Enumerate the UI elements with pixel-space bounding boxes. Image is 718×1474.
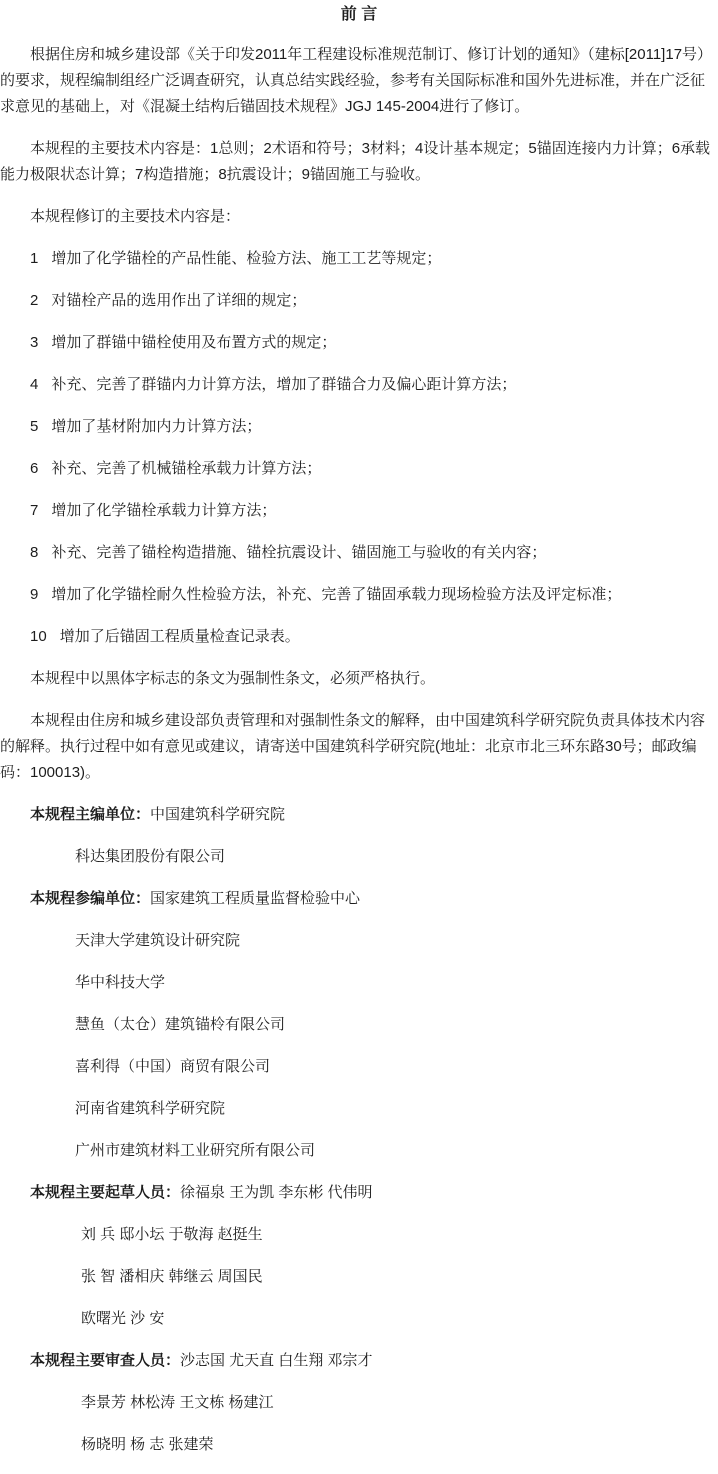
revision-item-number: 1 (30, 250, 38, 267)
revision-item-9: 9增加了化学锚栓耐久性检验方法，补充、完善了锚固承载力现场检验方法及评定标准； (0, 582, 718, 608)
revision-item-text: 对锚栓产品的选用作出了详细的规定； (51, 292, 306, 309)
revision-item-number: 8 (30, 544, 38, 561)
participating-org-5: 喜利得（中国）商贸有限公司 (0, 1054, 718, 1080)
revision-item-6: 6补充、完善了机械锚栓承载力计算方法； (0, 456, 718, 482)
page-title: 前 言 (0, 3, 718, 27)
participating-org-7: 广州市建筑材料工业研究所有限公司 (0, 1138, 718, 1164)
revision-item-5: 5增加了基材附加内力计算方法； (0, 414, 718, 440)
revision-item-text: 补充、完善了机械锚栓承载力计算方法； (51, 460, 321, 477)
revision-intro-paragraph: 本规程修订的主要技术内容是： (0, 204, 718, 230)
revision-item-7: 7增加了化学锚栓承载力计算方法； (0, 498, 718, 524)
revision-item-number: 2 (30, 292, 38, 309)
drafters-row-4: 欧曙光 沙 安 (0, 1306, 718, 1332)
participating-units-label: 本规程参编单位： (30, 890, 150, 907)
reviewers-row-1: 沙志国 尤天直 白生翔 邓宗才 (180, 1352, 373, 1369)
chief-editor-label: 本规程主编单位： (30, 806, 150, 823)
revision-item-number: 5 (30, 418, 38, 435)
revision-item-number: 3 (30, 334, 38, 351)
revision-item-number: 10 (30, 628, 47, 645)
revision-item-10: 10增加了后锚固工程质量检查记录表。 (0, 624, 718, 650)
chief-editor-first-org: 中国建筑科学研究院 (150, 806, 285, 823)
management-note-paragraph: 本规程由住房和城乡建设部负责管理和对强制性条文的解释，由中国建筑科学研究院负责具… (0, 708, 718, 786)
participating-org-3: 华中科技大学 (0, 970, 718, 996)
revision-item-3: 3增加了群锚中锚栓使用及布置方式的规定； (0, 330, 718, 356)
drafters-row-1: 徐福泉 王为凯 李东彬 代伟明 (180, 1184, 373, 1201)
revision-item-text: 增加了化学锚栓耐久性检验方法，补充、完善了锚固承载力现场检验方法及评定标准； (51, 586, 621, 603)
drafters-label: 本规程主要起草人员： (30, 1184, 180, 1201)
revision-item-text: 补充、完善了锚栓构造措施、锚栓抗震设计、锚固施工与验收的有关内容； (51, 544, 546, 561)
participating-units-line: 本规程参编单位：国家建筑工程质量监督检验中心 (0, 886, 718, 912)
revision-item-text: 增加了化学锚栓的产品性能、检验方法、施工工艺等规定； (51, 250, 441, 267)
revision-item-text: 增加了化学锚栓承载力计算方法； (51, 502, 276, 519)
intro-paragraph: 根据住房和城乡建设部《关于印发2011年工程建设标准规范制订、修订计划的通知》（… (0, 42, 718, 120)
revision-item-number: 7 (30, 502, 38, 519)
preface-document-page: { "doc": { "title": "前 言", "intro": "根据住… (0, 0, 718, 1458)
participating-org-4: 慧鱼（太仓）建筑锚柃有限公司 (0, 1012, 718, 1038)
participating-org-6: 河南省建筑科学研究院 (0, 1096, 718, 1122)
revision-item-2: 2对锚栓产品的选用作出了详细的规定； (0, 288, 718, 314)
revision-item-8: 8补充、完善了锚栓构造措施、锚栓抗震设计、锚固施工与验收的有关内容； (0, 540, 718, 566)
revision-item-text: 补充、完善了群锚内力计算方法，增加了群锚合力及偏心距计算方法； (51, 376, 516, 393)
chief-editor-line: 本规程主编单位：中国建筑科学研究院 (0, 802, 718, 828)
participating-org-2: 天津大学建筑设计研究院 (0, 928, 718, 954)
revision-item-1: 1增加了化学锚栓的产品性能、检验方法、施工工艺等规定； (0, 246, 718, 272)
drafters-row-3: 张 智 潘相庆 韩继云 周国民 (0, 1264, 718, 1290)
revision-item-number: 4 (30, 376, 38, 393)
revision-item-4: 4补充、完善了群锚内力计算方法，增加了群锚合力及偏心距计算方法； (0, 372, 718, 398)
drafters-row-2: 刘 兵 邸小坛 于敬海 赵挺生 (0, 1222, 718, 1248)
revision-item-text: 增加了基材附加内力计算方法； (51, 418, 261, 435)
revision-item-number: 9 (30, 586, 38, 603)
reviewers-line: 本规程主要审查人员：沙志国 尤天直 白生翔 邓宗才 (0, 1348, 718, 1374)
revision-item-number: 6 (30, 460, 38, 477)
revision-item-text: 增加了群锚中锚栓使用及布置方式的规定； (51, 334, 336, 351)
contents-paragraph: 本规程的主要技术内容是：1总则；2术语和符号；3材料；4设计基本规定；5锚固连接… (0, 136, 718, 188)
reviewers-label: 本规程主要审查人员： (30, 1352, 180, 1369)
reviewers-row-3: 杨晓明 杨 志 张建荣 (0, 1432, 718, 1458)
drafters-line: 本规程主要起草人员：徐福泉 王为凯 李东彬 代伟明 (0, 1180, 718, 1206)
reviewers-row-2: 李景芳 林松涛 王文栋 杨建江 (0, 1390, 718, 1416)
revision-item-text: 增加了后锚固工程质量检查记录表。 (60, 628, 300, 645)
chief-editor-org-2: 科达集团股份有限公司 (0, 844, 718, 870)
participating-first-org: 国家建筑工程质量监督检验中心 (150, 890, 360, 907)
mandatory-note-paragraph: 本规程中以黑体字标志的条文为强制性条文，必须严格执行。 (0, 666, 718, 692)
